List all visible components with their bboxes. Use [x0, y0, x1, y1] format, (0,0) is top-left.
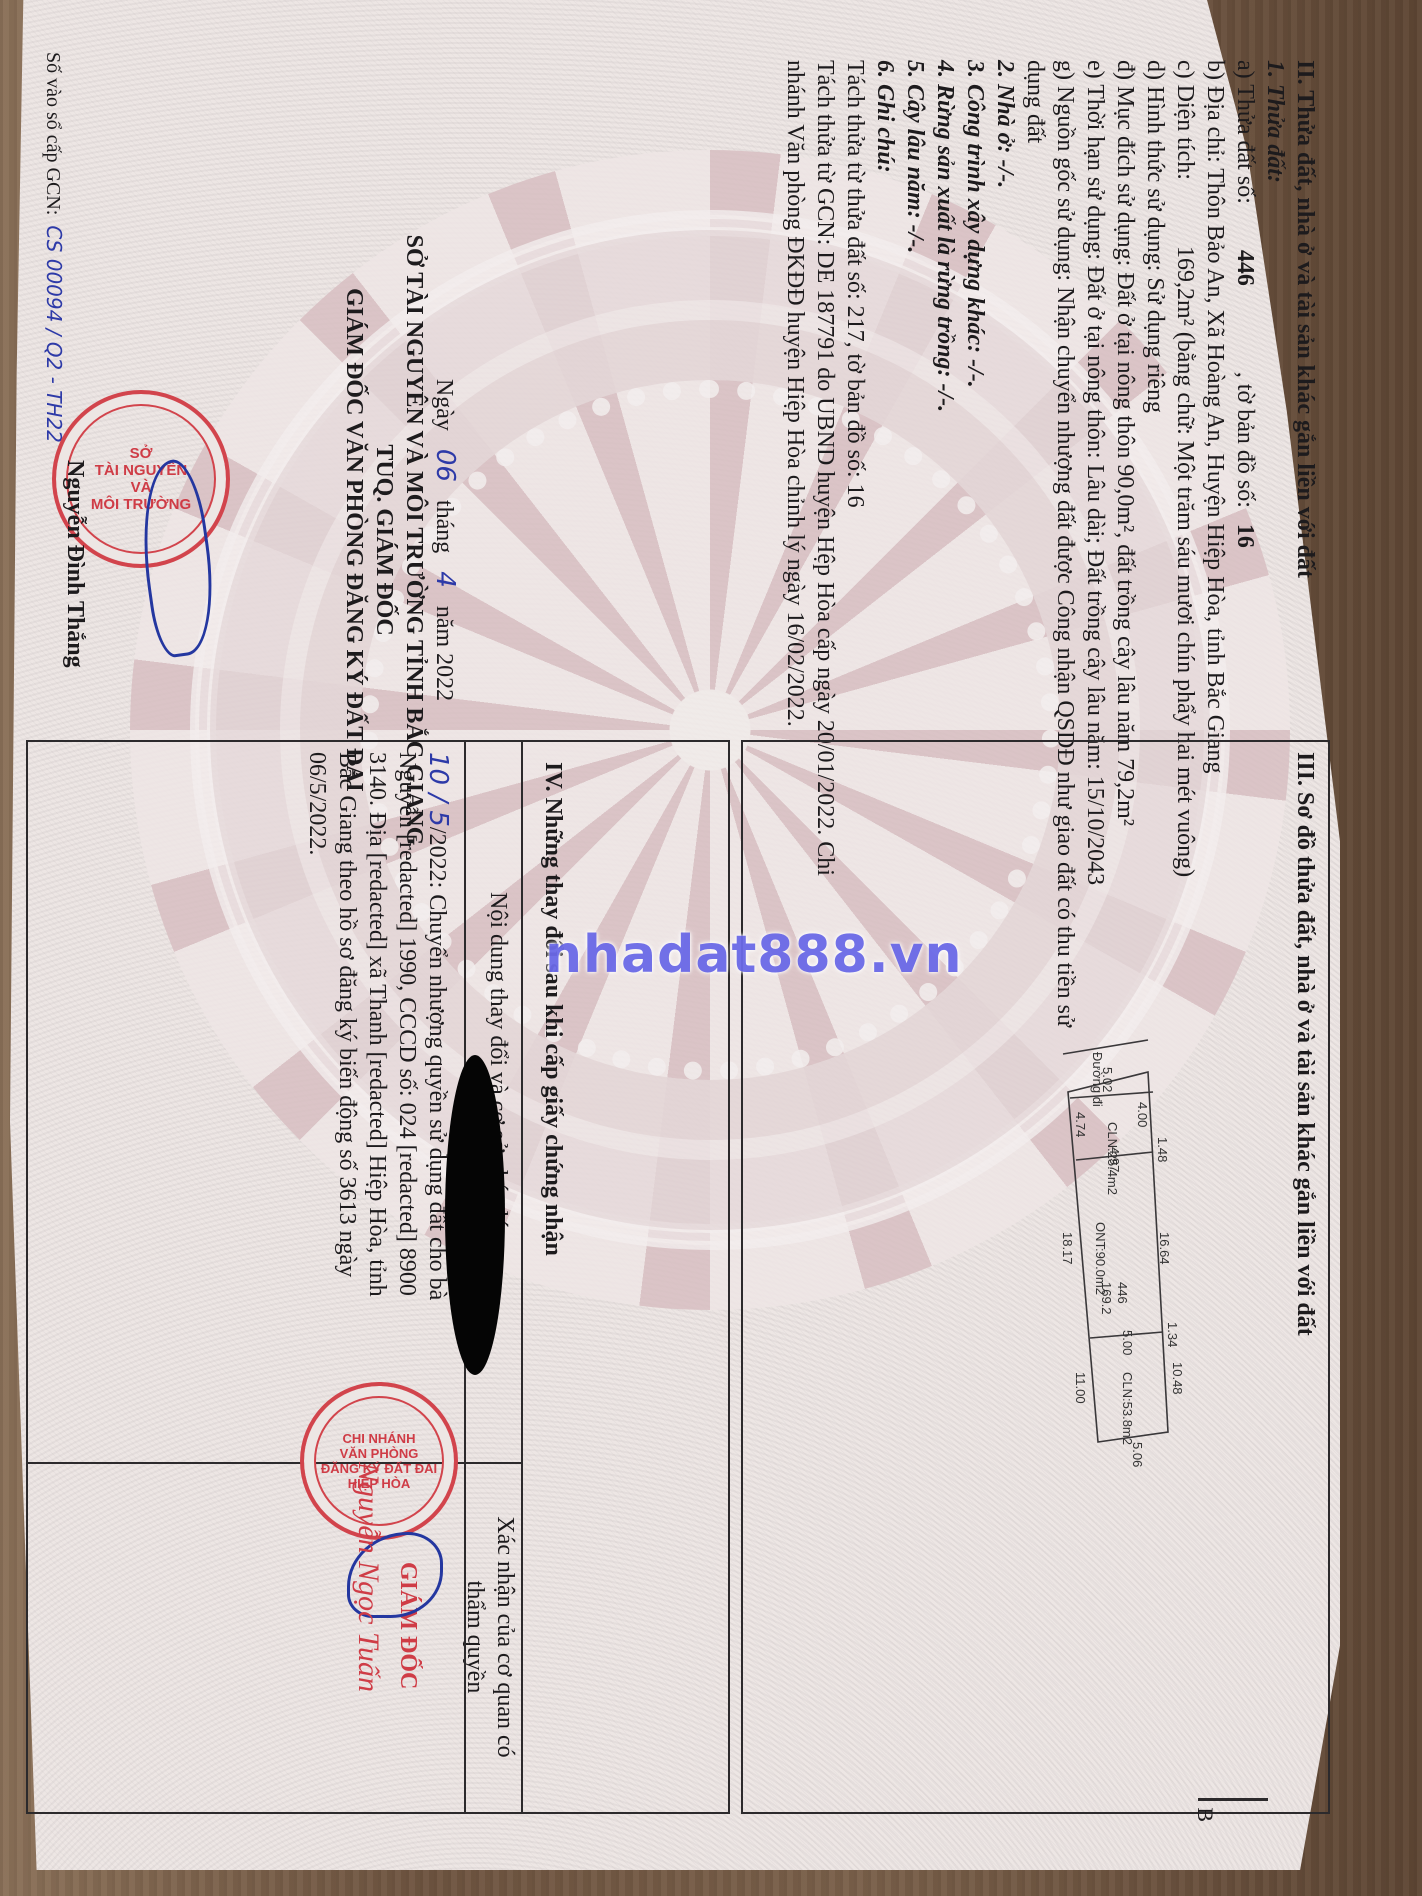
- plot-label: 5.06: [1130, 1442, 1145, 1467]
- col-header-confirmation: Xác nhận của cơ quan có thẩm quyền: [460, 1512, 520, 1762]
- changes-table: IV. Những thay đổi sau khi cấp giấy chứn…: [26, 740, 730, 1814]
- plot-label: 1.34: [1165, 1322, 1180, 1347]
- site-watermark: nhadat888.vn: [545, 925, 963, 985]
- parcel-heading: 1. Thửa đất:: [1262, 60, 1288, 183]
- plot-label: 4.74: [1073, 1112, 1088, 1137]
- usage-form: Sử dụng riêng: [1142, 277, 1168, 413]
- section-3-box: III. Sơ đồ thửa đất, nhà ở và tài sản kh…: [741, 740, 1330, 1814]
- redaction-mark: [445, 1055, 505, 1375]
- origin-label: g) Nguồn gốc sử dụng:: [1052, 60, 1078, 281]
- section-3-heading: III. Sơ đồ thửa đất, nhà ở và tài sản kh…: [1290, 752, 1320, 1336]
- address: Thôn Bảo An, Xã Hoàng An, Huyện Hiệp Hòa…: [1202, 168, 1228, 773]
- map-sheet-label: , tờ bản đồ số:: [1232, 372, 1258, 508]
- parcel-no-label: a) Thửa đất số:: [1232, 60, 1258, 204]
- plot-label: 5.00: [1120, 1330, 1135, 1355]
- plot-label: 10.48: [1170, 1362, 1185, 1395]
- plot-label: 11.00: [1073, 1372, 1088, 1404]
- issue-month: 4: [430, 571, 460, 588]
- plot-label: 446: [1115, 1282, 1130, 1304]
- plot-label: 1.48: [1155, 1137, 1170, 1162]
- map-sheet: 16: [1232, 524, 1258, 548]
- north-arrow: B: [1192, 1798, 1268, 1822]
- issue-day: 06: [430, 449, 460, 482]
- plot-label: 16.64: [1157, 1232, 1172, 1265]
- plot-outline: 446169.2ONT:90.0m2CLN:53.8m2CLN:25.4m2Đư…: [888, 1032, 1188, 1462]
- change-entry: 10 / 5/2022: Chuyển nhượng quyền sử dụng…: [302, 752, 453, 1300]
- section-4-heading: IV. Những thay đổi sau khi cấp giấy chứn…: [538, 762, 568, 1256]
- usage-form-label: d) Hình thức sử dụng:: [1142, 60, 1168, 271]
- plot-label: 18.17: [1060, 1232, 1075, 1265]
- entry-date: 10 / 5: [423, 752, 453, 827]
- plot-diagram: 446169.2ONT:90.0m2CLN:53.8m2CLN:25.4m2Đư…: [888, 1032, 1188, 1462]
- office-signer-name: Nguyễn Ngọc Tuấn: [353, 1462, 383, 1692]
- address-label: b) Địa chỉ:: [1202, 60, 1228, 163]
- plot-label: ONT:90.0m2: [1093, 1222, 1108, 1295]
- plot-label: 4.00: [1135, 1102, 1150, 1127]
- area-label: c) Diện tích:: [1172, 60, 1198, 180]
- plot-label: 5.02: [1100, 1067, 1115, 1092]
- signer-name: Nguyễn Đình Thắng: [60, 460, 90, 668]
- purpose-label: đ) Mục đích sử dụng:: [1112, 60, 1138, 266]
- plot-label: 4.97: [1107, 1147, 1122, 1172]
- term-label: e) Thời hạn sử dụng:: [1082, 60, 1108, 260]
- plot-label: CLN:53.8m2: [1120, 1372, 1135, 1445]
- parcel-no: 446: [1232, 250, 1258, 286]
